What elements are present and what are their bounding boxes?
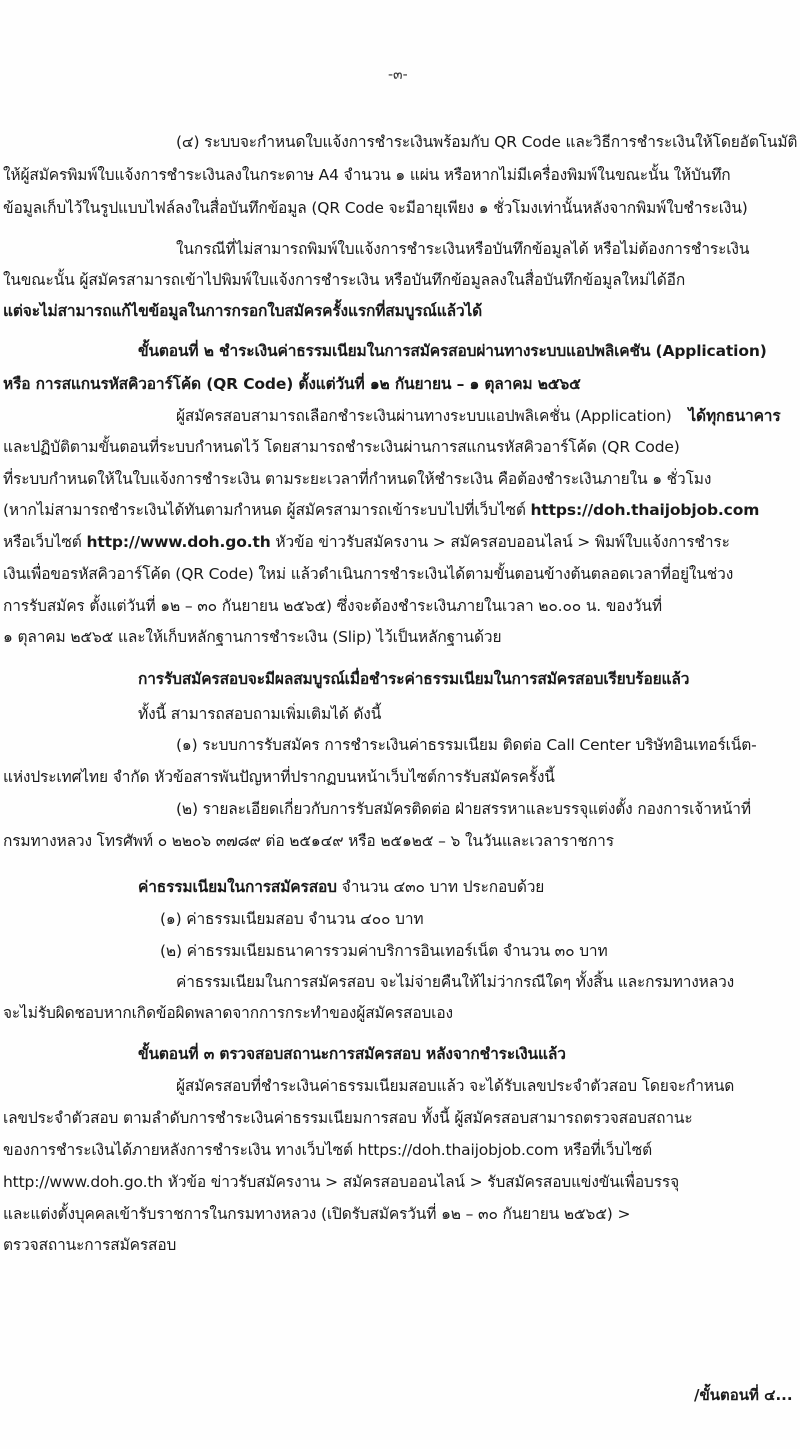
step2-body-line8: ๑ ตุลาคม ๒๕๖๕ และให้เก็บหลักฐานการชำระเง… — [3, 626, 501, 648]
step3-body-line6: ตรวจสถานะการสมัครสอบ — [3, 1234, 176, 1256]
step2-heading-line2: หรือ การสแกนรหัสคิวอาร์โค้ด (QR Code) ตั… — [3, 373, 581, 395]
inquiry-item1-line2: แห่งประเทศไทย จำกัด หัวข้อสารพันปัญหาที่… — [3, 766, 555, 788]
para-item4-line3: ข้อมูลเก็บไว้ในรูปแบบไฟล์ลงในสื่อบันทึกข… — [3, 197, 748, 219]
step3-body-line2: เลขประจำตัวสอบ ตามลำดับการชำระเงินค่าธรร… — [3, 1107, 693, 1129]
step3-body-line5: และแต่งตั้งบุคคลเข้ารับราชการในกรมทางหลว… — [3, 1203, 630, 1225]
step2-body-line4-text: (หากไม่สามารถชำระเงินได้ทันตามกำหนด ผู้ส… — [3, 501, 526, 519]
para-item4-line1: (๔) ระบบจะกำหนดใบแจ้งการชำระเงินพร้อมกับ… — [176, 131, 797, 153]
step2-heading-line1: ขั้นตอนที่ ๒ ชำระเงินค่าธรรมเนียมในการสม… — [138, 340, 767, 362]
step2-all-banks: ได้ทุกธนาคาร — [688, 407, 780, 425]
fee-nonrefund-line2: จะไม่รับผิดชอบหากเกิดข้อผิดพลาดจากการกระ… — [3, 1002, 453, 1024]
step2-body-line6: เงินเพื่อขอรหัสคิวอาร์โค้ด (QR Code) ใหม… — [3, 563, 733, 585]
step2-body-line3: ที่ระบบกำหนดให้ในใบแจ้งการชำระเงิน ตามระ… — [3, 468, 711, 490]
fee-heading-label: ค่าธรรมเนียมในการสมัครสอบ — [138, 878, 337, 896]
step2-body-line4: (หากไม่สามารถชำระเงินได้ทันตามกำหนด ผู้ส… — [3, 499, 759, 521]
step2-body-line7: การรับสมัคร ตั้งแต่วันที่ ๑๒ – ๓๐ กันยาย… — [3, 595, 662, 617]
para-case-line2: ในขณะนั้น ผู้สมัครสามารถเข้าไปพิมพ์ใบแจ้… — [3, 269, 685, 291]
para-item4-line2: ให้ผู้สมัครพิมพ์ใบแจ้งการชำระเงินลงในกระ… — [3, 164, 731, 186]
fee-nonrefund-line1: ค่าธรรมเนียมในการสมัครสอบ จะไม่จ่ายคืนให… — [176, 971, 734, 993]
page-number: -๓- — [388, 64, 408, 86]
fee-item2: (๒) ค่าธรรมเนียมธนาคารรวมค่าบริการอินเทอ… — [160, 940, 608, 962]
step3-body-line3: ของการชำระเงินได้ภายหลังการชำระเงิน ทางเ… — [3, 1139, 652, 1161]
inquiry-item2-line2: กรมทางหลวง โทรศัพท์ ๐ ๒๒๐๖ ๓๗๘๙ ต่อ ๒๕๑๔… — [3, 830, 614, 852]
thaijobjob-url[interactable]: https://doh.thaijobjob.com — [531, 501, 760, 519]
step2-body-line5-text: หัวข้อ ข่าวรับสมัครงาน > สมัครสอบออนไลน์… — [275, 533, 729, 551]
para-case-line1: ในกรณีที่ไม่สามารถพิมพ์ใบแจ้งการชำระเงิน… — [176, 238, 749, 260]
step2-body-line2: และปฏิบัติตามขั้นตอนที่ระบบกำหนดไว้ โดยส… — [3, 436, 680, 458]
step3-body-line4: http://www.doh.go.th หัวข้อ ข่าวรับสมัคร… — [3, 1171, 679, 1193]
fee-heading: ค่าธรรมเนียมในการสมัครสอบ จำนวน ๔๓๐ บาท … — [138, 876, 544, 898]
para-case-line3-bold: แต่จะไม่สามารถแก้ไขข้อมูลในการกรอกใบสมัค… — [3, 300, 482, 322]
step2-body-line1-text: ผู้สมัครสอบสามารถเลือกชำระเงินผ่านทางระบ… — [176, 407, 672, 425]
fee-item1: (๑) ค่าธรรมเนียมสอบ จำนวน ๔๐๐ บาท — [160, 908, 423, 930]
step3-body-line1: ผู้สมัครสอบที่ชำระเงินค่าธรรมเนียมสอบแล้… — [176, 1075, 734, 1097]
document-page: -๓- (๔) ระบบจะกำหนดใบแจ้งการชำระเงินพร้อ… — [0, 0, 800, 1449]
inquiry-intro: ทั้งนี้ สามารถสอบถามเพิ่มเติมได้ ดังนี้ — [138, 703, 381, 725]
continuation-footer: /ขั้นตอนที่ ๔... — [694, 1383, 793, 1407]
website-label: หรือเว็บไซต์ — [3, 533, 82, 551]
fee-heading-amount: จำนวน ๔๓๐ บาท ประกอบด้วย — [342, 878, 545, 896]
doh-url[interactable]: http://www.doh.go.th — [87, 533, 271, 551]
step2-body-line1: ผู้สมัครสอบสามารถเลือกชำระเงินผ่านทางระบ… — [176, 405, 781, 427]
inquiry-item1-line1: (๑) ระบบการรับสมัคร การชำระเงินค่าธรรมเน… — [176, 734, 757, 756]
completion-note: การรับสมัครสอบจะมีผลสมบูรณ์เมื่อชำระค่าธ… — [138, 668, 689, 690]
inquiry-item2-line1: (๒) รายละเอียดเกี่ยวกับการรับสมัครติดต่อ… — [176, 798, 751, 820]
step3-heading: ขั้นตอนที่ ๓ ตรวจสอบสถานะการสมัครสอบ หลั… — [138, 1043, 566, 1065]
step2-body-line5: หรือเว็บไซต์ http://www.doh.go.th หัวข้อ… — [3, 531, 730, 553]
